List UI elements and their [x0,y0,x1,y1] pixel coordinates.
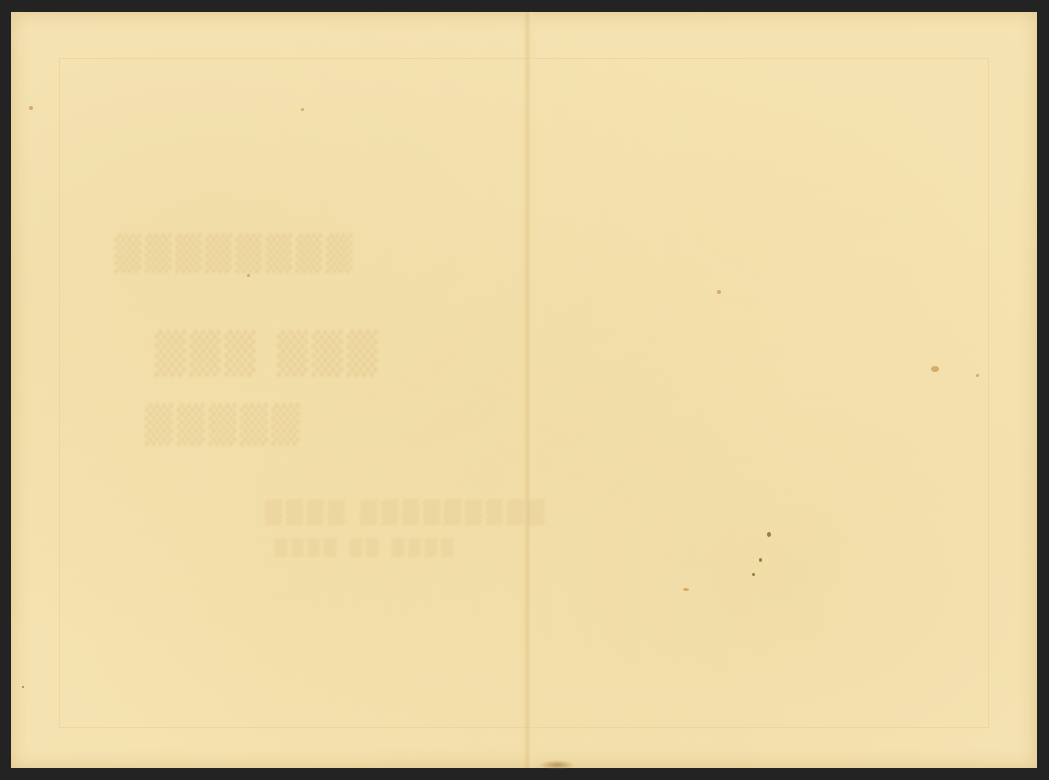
edge-stain [539,760,575,770]
foxing-spot [29,106,33,110]
show-through-text: ▒▒▒▒ ▒▒ ▒▒▒▒ [271,538,453,557]
show-through-text: ▒▒▒ ▒▒▒ [151,330,378,377]
foxing-spot [301,108,304,111]
show-through-text: ▒▒▒▒▒ [141,404,299,446]
foxing-spot [247,274,250,277]
foxing-spot [976,374,979,377]
foxing-spot [683,588,689,591]
ink-speck [759,558,762,562]
show-through-text: ▒▒▒▒▒▒▒▒ [111,234,352,274]
center-fold [523,12,537,768]
show-through-text: ▒▒▒▒▒▒▒▒▒ ▒▒▒▒ [261,500,545,526]
foxing-spot [931,366,939,372]
foxing-spot [717,290,721,294]
ink-speck [22,686,24,688]
paper-sheet: ▒▒▒▒▒▒▒▒ ▒▒▒ ▒▒▒ ▒▒▒▒▒ ▒▒▒▒▒▒▒▒▒ ▒▒▒▒ ▒▒… [11,12,1037,768]
ink-speck [752,573,755,576]
ink-speck [767,532,771,537]
